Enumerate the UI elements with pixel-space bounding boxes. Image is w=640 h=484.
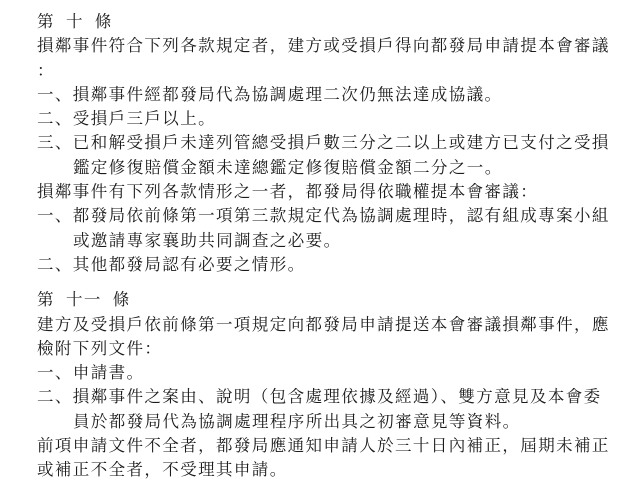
- list-item-line: 一、都發局依前條第一項第三款規定代為協調處理時，認有組成專案小組: [37, 204, 620, 228]
- article-11-heading: 第 十一 條: [37, 288, 620, 312]
- article-10-heading: 第 十 條: [37, 10, 620, 34]
- list-item-line: 一、損鄰事件經都發局代為協調處理二次仍無法達成協議。: [37, 83, 620, 107]
- list-item-line: 二、損鄰事件之案由、說明（包含處理依據及經過）、雙方意見及本會委: [37, 385, 620, 409]
- list-item-line: 三、已和解受損戶未達列管總受損戶數三分之二以上或建方已支付之受損: [37, 131, 620, 155]
- list-item-continuation-line: 鑑定修復賠償金額未達總鑑定修復賠償金額二分之一。: [37, 156, 620, 180]
- document-page: 第 十 條 損鄰事件符合下列各款規定者，建方或受損戶得向都發局申請提本會審議 ：…: [0, 0, 640, 484]
- article-11-section: 第 十一 條 建方及受損戶依前條第一項規定向都發局申請提送本會審議損鄰事件，應 …: [37, 288, 620, 482]
- list-item-line: 二、其他都發局認有必要之情形。: [37, 253, 620, 277]
- text-line: 前項申請文件不全者，都發局應通知申請人於三十日內補正，屆期未補正: [37, 434, 620, 458]
- list-item-line: 二、受損戶三戶以上。: [37, 107, 620, 131]
- text-line: 損鄰事件符合下列各款規定者，建方或受損戶得向都發局申請提本會審議: [37, 34, 620, 58]
- list-item-continuation-line: 員於都發局代為協調處理程序所出具之初審意見等資料。: [37, 410, 620, 434]
- text-line: ：: [37, 59, 620, 83]
- article-10-section: 第 十 條 損鄰事件符合下列各款規定者，建方或受損戶得向都發局申請提本會審議 ：…: [37, 10, 620, 277]
- text-line: 建方及受損戶依前條第一項規定向都發局申請提送本會審議損鄰事件，應: [37, 313, 620, 337]
- list-item-continuation-line: 或邀請專家襄助共同調查之必要。: [37, 229, 620, 253]
- text-line: 或補正不全者，不受理其申請。: [37, 458, 620, 482]
- list-item-line: 一、申請書。: [37, 361, 620, 385]
- text-line: 檢附下列文件：: [37, 337, 620, 361]
- text-line: 損鄰事件有下列各款情形之一者，都發局得依職權提本會審議：: [37, 180, 620, 204]
